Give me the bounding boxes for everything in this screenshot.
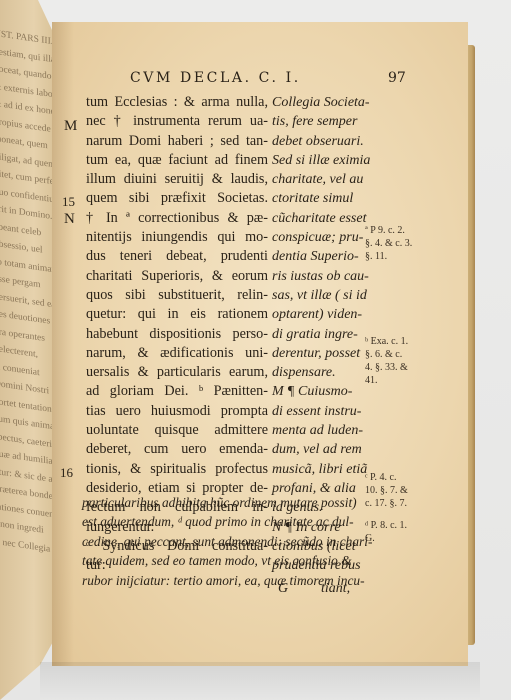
- text-line: narum, & ædificationis uni-: [86, 344, 268, 363]
- text-line: quetur: qui in eis rationem: [86, 305, 268, 324]
- text-line: ctoritate simul: [272, 189, 366, 208]
- margin-mark-16: 16: [60, 465, 73, 481]
- text-line: derentur, posset: [272, 344, 366, 363]
- text-line: di essent instru-: [272, 402, 366, 421]
- text-line: Collegia Societa-: [272, 93, 366, 112]
- catchword: tiant,: [321, 581, 350, 597]
- text-line: Sed si illæ eximia: [272, 151, 366, 170]
- side-note-line: ᵇ Exa. c. 1.: [365, 335, 408, 348]
- margin-mark-m: M: [64, 118, 77, 135]
- side-note-line: §. 6. & c.: [365, 348, 408, 361]
- text-line: ad gloriam Dei. ᵇ Pænitten-: [86, 382, 268, 401]
- text-line: menta ad luden-: [272, 421, 366, 440]
- side-note-a: ª P 9. c. 2.§. 4. & c. 3.§. 11.: [365, 224, 412, 263]
- book-shadow: [40, 662, 480, 700]
- side-note-d: ᵈ P. 8. c. 1.G.: [365, 519, 407, 545]
- text-line: cũcharitate esset: [272, 209, 366, 228]
- text-line: tis, fere semper: [272, 112, 366, 131]
- text-line: charitati Superioris, & eorum: [86, 267, 268, 286]
- text-line: debet obseruari.: [272, 132, 366, 151]
- text-line: tum ea, quæ faciunt ad finem: [86, 151, 268, 170]
- text-line: nitentijs iniungendis qui mo-: [86, 228, 268, 247]
- page-number: 97: [388, 70, 406, 86]
- side-note-line: 41.: [365, 374, 408, 387]
- text-line: deberet, cum uero emenda-: [86, 440, 268, 459]
- text-line: charitate, vel au: [272, 170, 366, 189]
- text-line: dum, vel ad rem: [272, 440, 366, 459]
- running-head: CVM DECLA. C. I.: [130, 70, 301, 86]
- text-line: conspicuæ; pru-: [272, 228, 366, 247]
- text-line: habebunt dispositionis perso-: [86, 325, 268, 344]
- margin-mark-n: N: [64, 211, 75, 228]
- text-line: dispensare.: [272, 363, 366, 382]
- text-line: dentia Superio-: [272, 247, 366, 266]
- text-line: M ¶ Cuiusmo-: [272, 382, 366, 401]
- text-line: ris iustas ob cau-: [272, 267, 366, 286]
- side-note-line: ᶜ P. 4. c.: [365, 471, 408, 484]
- text-line: narum Domi haberi ; sed tan-: [86, 132, 268, 151]
- side-note-line: §. 4. & c. 3.: [365, 237, 412, 250]
- side-note-line: ᵈ P. 8. c. 1.: [365, 519, 407, 532]
- text-line: optarent) viden-: [272, 305, 366, 324]
- text-line: musicã, libri etiã: [272, 460, 366, 479]
- text-line: tias uero huiusmodi prompta: [86, 402, 268, 421]
- side-note-line: G.: [365, 532, 407, 545]
- text-line: tionis, & spiritualis profectus: [86, 460, 268, 479]
- text-line: sas, vt illæ ( si id: [272, 286, 366, 305]
- text-line: nec † instrumenta rerum ua-: [86, 112, 268, 131]
- signature-mark: G: [278, 581, 288, 597]
- side-note-line: 10. §. 7. &: [365, 484, 408, 497]
- text-line: tum Ecclesias : & arma nulla,: [86, 93, 268, 112]
- text-line: quos sibi substituerit, relin-: [86, 286, 268, 305]
- side-note-line: ª P 9. c. 2.: [365, 224, 412, 237]
- text-line: illum diuini seruitij & laudis,: [86, 170, 268, 189]
- side-note-b: ᵇ Exa. c. 1.§. 6. & c.4. §. 33. &41.: [365, 335, 408, 387]
- text-line: rubor inijciatur: tertio amori, ea, quæ …: [82, 571, 444, 590]
- text-line: † In ª correctionibus & pæ-: [86, 209, 268, 228]
- text-line: dus teneri debeat, prudenti: [86, 247, 268, 266]
- side-note-line: §. 11.: [365, 250, 412, 263]
- text-line: uoluntate quisque admittere: [86, 421, 268, 440]
- text-line: di gratia ingre-: [272, 325, 366, 344]
- text-line: uersalis & particularis earum,: [86, 363, 268, 382]
- facing-page-text: NST. PARS III.uestiam, qui illadoceat, q…: [0, 26, 54, 559]
- text-line: quem sibi præfixit Societas.: [86, 189, 268, 208]
- side-note-c: ᶜ P. 4. c.10. §. 7. &c. 17. §. 7.: [365, 471, 408, 510]
- side-note-line: c. 17. §. 7.: [365, 497, 408, 510]
- facing-page-left: NST. PARS III.uestiam, qui illadoceat, q…: [0, 0, 56, 700]
- margin-mark-15: 15: [62, 194, 75, 210]
- text-line: tate quidem, sed eo tamen modo, vt eis c…: [82, 551, 444, 570]
- side-note-line: 4. §. 33. &: [365, 361, 408, 374]
